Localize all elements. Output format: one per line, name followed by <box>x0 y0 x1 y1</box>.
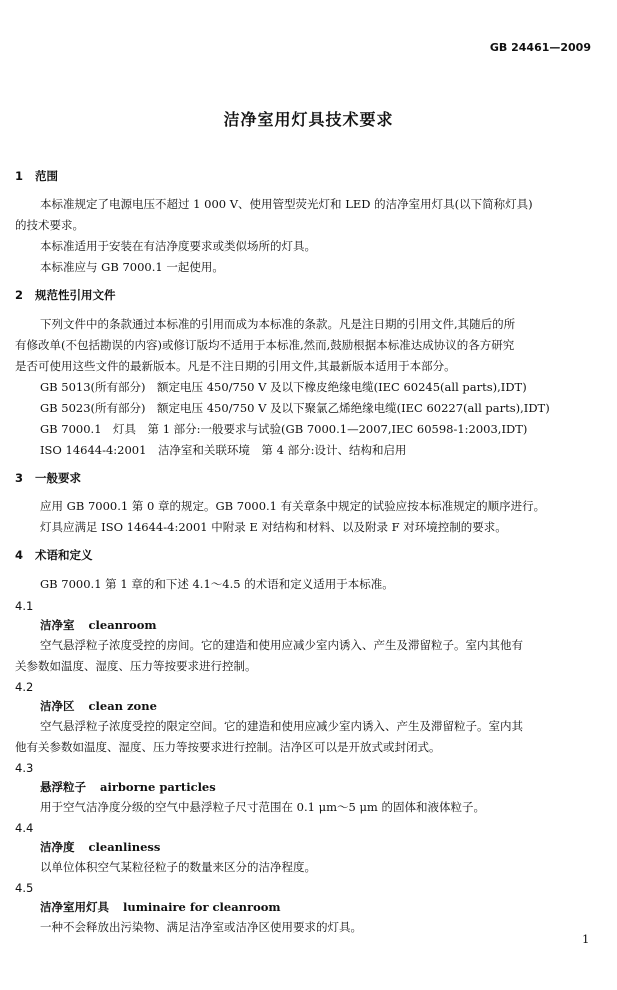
document-title: 洁净室用灯具技术要求 <box>0 107 617 130</box>
reference-code: ISO 14644-4:2001 <box>40 439 146 461</box>
reference-code: GB 7000.1 <box>40 418 102 440</box>
term-number: 4.5 <box>15 881 33 895</box>
term-definition: 空气悬浮粒子浓度受控的限定空间。它的建造和使用应减少室内诱入、产生及滞留粒子。室… <box>40 715 523 737</box>
section-title: 术语和定义 <box>35 548 93 562</box>
section-title: 规范性引用文件 <box>35 288 116 302</box>
term-zh: 洁净度 <box>40 840 75 854</box>
term-en: cleanliness <box>89 840 161 854</box>
paragraph: 下列文件中的条款通过本标准的引用而成为本标准的条款。凡是注日期的引用文件,其随后… <box>40 313 515 335</box>
term-definition: 一种不会释放出污染物、满足洁净室或洁净区使用要求的灯具。 <box>40 916 362 938</box>
section-title: 一般要求 <box>35 471 81 485</box>
reference-title: 洁净室和关联环境 第 4 部分:设计、结构和启用 <box>158 443 407 457</box>
term-en: cleanroom <box>89 618 157 632</box>
paragraph: GB 7000.1 第 1 章的和下述 4.1～4.5 的术语和定义适用于本标准… <box>40 573 394 595</box>
reference-code: GB 5013(所有部分) <box>40 376 146 398</box>
term-heading: 悬浮粒子airborne particles <box>40 779 216 795</box>
section-4-heading: 4术语和定义 <box>15 547 93 563</box>
section-number: 2 <box>15 288 35 302</box>
term-en: airborne particles <box>100 780 216 794</box>
section-number: 4 <box>15 548 35 562</box>
standard-code: GB 24461—2009 <box>490 41 591 54</box>
section-number: 3 <box>15 471 35 485</box>
page-number: 1 <box>582 932 589 946</box>
paragraph: 本标准应与 GB 7000.1 一起使用。 <box>40 256 224 278</box>
term-definition: 关参数如温度、湿度、压力等按要求进行控制。 <box>15 655 257 677</box>
term-number: 4.2 <box>15 680 33 694</box>
term-heading: 洁净度cleanliness <box>40 839 160 855</box>
reference-code: GB 5023(所有部分) <box>40 397 146 419</box>
paragraph: 本标准规定了电源电压不超过 1 000 V、使用管型荧光灯和 LED 的洁净室用… <box>40 193 533 215</box>
paragraph: 本标准适用于安装在有洁净度要求或类似场所的灯具。 <box>40 235 316 257</box>
paragraph: 是否可使用这些文件的最新版本。凡是不注日期的引用文件,其最新版本适用于本部分。 <box>15 355 456 377</box>
reference-item: GB 5023(所有部分) 额定电压 450/750 V 及以下聚氯乙烯绝缘电缆… <box>40 397 550 419</box>
section-2-heading: 2规范性引用文件 <box>15 287 116 303</box>
term-zh: 悬浮粒子 <box>40 780 86 794</box>
paragraph: 灯具应满足 ISO 14644-4:2001 中附录 E 对结构和材料、以及附录… <box>40 516 507 538</box>
section-number: 1 <box>15 169 35 183</box>
reference-title: 额定电压 450/750 V 及以下橡皮绝缘电缆(IEC 60245(all p… <box>157 380 527 394</box>
reference-item: GB 5013(所有部分) 额定电压 450/750 V 及以下橡皮绝缘电缆(I… <box>40 376 527 398</box>
term-definition: 以单位体积空气某粒径粒子的数量来区分的洁净程度。 <box>40 856 316 878</box>
section-1-heading: 1范围 <box>15 168 58 184</box>
paragraph: 有修改单(不包括勘误的内容)或修订版均不适用于本标准,然而,鼓励根据本标准达成协… <box>15 334 514 356</box>
paragraph: 应用 GB 7000.1 第 0 章的规定。GB 7000.1 有关章条中规定的… <box>40 495 545 517</box>
term-zh: 洁净室用灯具 <box>40 900 109 914</box>
term-heading: 洁净室cleanroom <box>40 617 157 633</box>
reference-title: 额定电压 450/750 V 及以下聚氯乙烯绝缘电缆(IEC 60227(all… <box>157 401 550 415</box>
term-number: 4.3 <box>15 761 33 775</box>
term-number: 4.4 <box>15 821 33 835</box>
term-heading: 洁净区clean zone <box>40 698 157 714</box>
reference-title: 灯具 第 1 部分:一般要求与试验(GB 7000.1—2007,IEC 605… <box>113 422 527 436</box>
term-heading: 洁净室用灯具luminaire for cleanroom <box>40 899 281 915</box>
term-number: 4.1 <box>15 599 33 613</box>
section-title: 范围 <box>35 169 58 183</box>
term-definition: 他有关参数如温度、湿度、压力等按要求进行控制。洁净区可以是开放式或封闭式。 <box>15 736 441 758</box>
term-zh: 洁净室 <box>40 618 75 632</box>
term-definition: 空气悬浮粒子浓度受控的房间。它的建造和使用应减少室内诱入、产生及滞留粒子。室内其… <box>40 634 523 656</box>
reference-item: GB 7000.1 灯具 第 1 部分:一般要求与试验(GB 7000.1—20… <box>40 418 527 440</box>
reference-item: ISO 14644-4:2001 洁净室和关联环境 第 4 部分:设计、结构和启… <box>40 439 406 461</box>
term-en: clean zone <box>89 699 157 713</box>
term-definition: 用于空气洁净度分级的空气中悬浮粒子尺寸范围在 0.1 μm～5 μm 的固体和液… <box>40 796 485 818</box>
section-3-heading: 3一般要求 <box>15 470 81 486</box>
paragraph: 的技术要求。 <box>15 214 84 236</box>
term-en: luminaire for cleanroom <box>123 900 281 914</box>
term-zh: 洁净区 <box>40 699 75 713</box>
